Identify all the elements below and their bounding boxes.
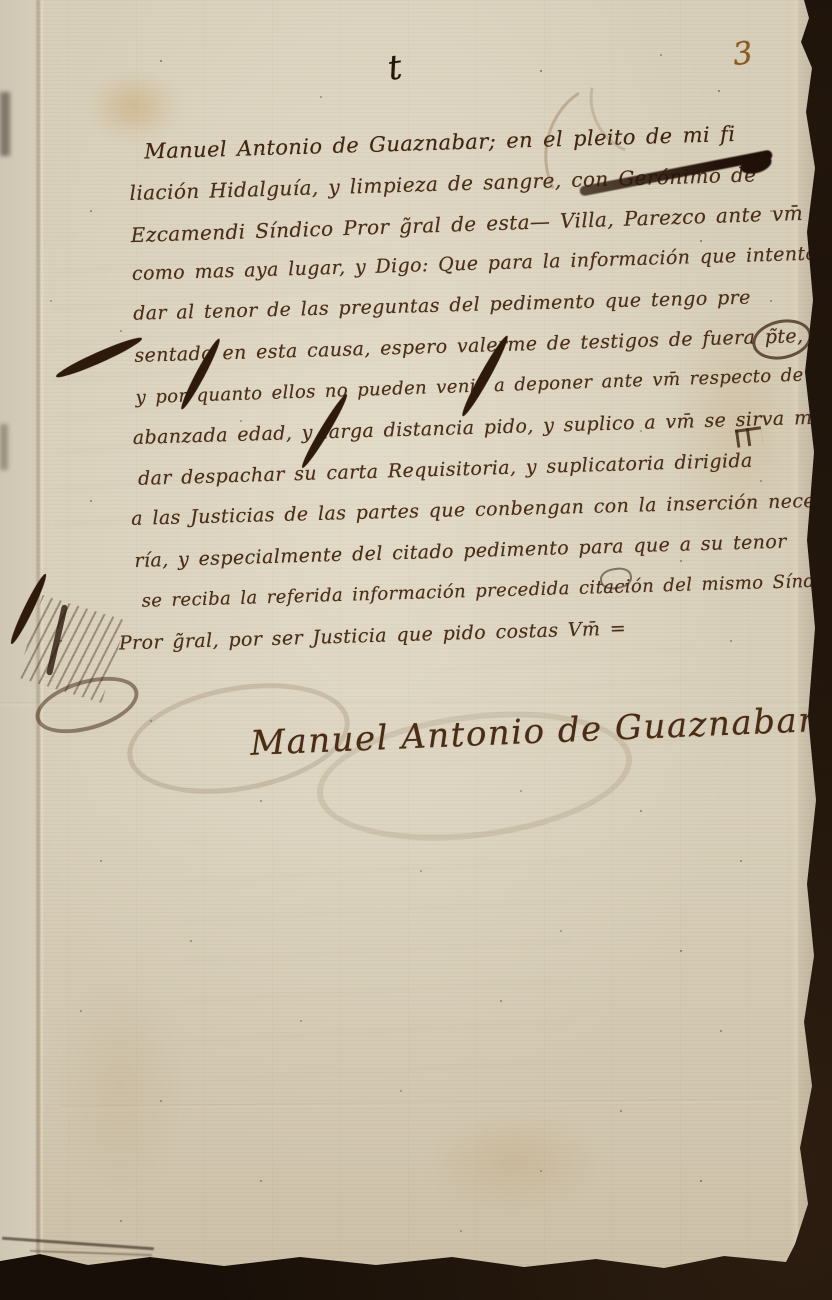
invocation-cross-mark: t bbox=[385, 47, 404, 89]
photograph-backdrop: 3 t Manuel Antonio de Guaznabar; en el p… bbox=[0, 0, 832, 1300]
superscript-flourish bbox=[735, 426, 763, 447]
folio-number: 3 bbox=[731, 35, 755, 73]
paper-stain bbox=[86, 70, 182, 142]
paper-crack bbox=[30, 1250, 152, 1256]
manuscript-text-block: Manuel Antonio de Guaznabar; en el pleit… bbox=[128, 119, 832, 672]
paper-stain bbox=[55, 980, 185, 1190]
edge-smudge bbox=[0, 424, 8, 470]
dust-specks bbox=[0, 0, 2, 2]
manuscript-page: 3 t Manuel Antonio de Guaznabar; en el p… bbox=[0, 0, 832, 1300]
edge-smudge bbox=[0, 92, 10, 156]
paper-stain bbox=[430, 1115, 600, 1210]
verso-show-through bbox=[180, 840, 570, 1080]
